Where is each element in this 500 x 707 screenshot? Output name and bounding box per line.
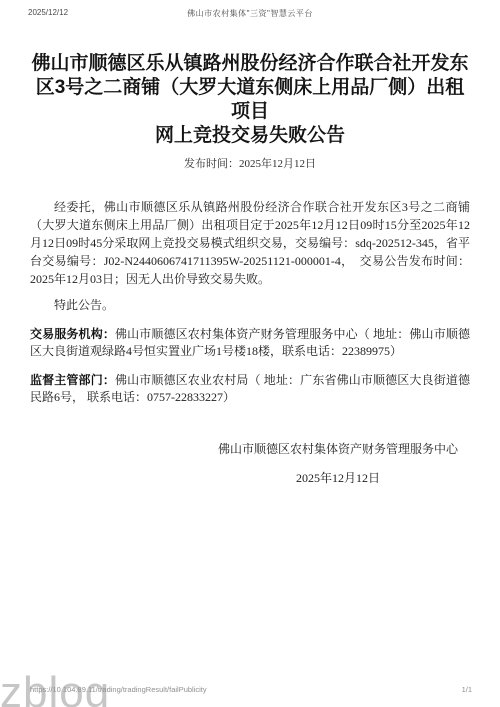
- print-header: 2025/12/12 佛山市农村集体"三资"智慧云平台: [28, 8, 472, 19]
- print-date: 2025/12/12: [28, 8, 139, 17]
- platform-name: 佛山市农村集体"三资"智慧云平台: [139, 8, 361, 19]
- title-project-name: 佛山市顺德区乐从镇路州股份经济合作联合社开发东区3号之二商铺（大罗大道东侧床上用…: [30, 52, 470, 124]
- document-body: 经委托，佛山市顺德区乐从镇路州股份经济合作联合社开发东区3号之二商铺（大罗大道东…: [30, 198, 470, 406]
- footer-page-indicator: 1/1: [462, 685, 472, 694]
- supervisor-paragraph: 监督主管部门：佛山市顺德区农业农村局（ 地址：广东省佛山市顺德区大良街道德民路6…: [30, 372, 470, 406]
- signature-date: 2025年12月12日: [218, 469, 458, 486]
- signature-block: 佛山市顺德区农村集体资产财务管理服务中心 2025年12月12日: [218, 440, 458, 486]
- closing-line: 特此公告。: [30, 296, 470, 314]
- service-org-paragraph: 交易服务机构：佛山市顺德区农村集体资产财务管理服务中心（ 地址：佛山市顺德区大良…: [30, 326, 470, 360]
- footer-url: https://10.104.89.11/trading/tradingResu…: [30, 685, 207, 694]
- publish-time: 发布时间：2025年12月12日: [30, 155, 470, 171]
- signature-organization: 佛山市顺德区农村集体资产财务管理服务中心: [218, 440, 458, 457]
- announcement-document: 佛山市顺德区乐从镇路州股份经济合作联合社开发东区3号之二商铺（大罗大道东侧床上用…: [30, 52, 470, 486]
- main-paragraph: 经委托，佛山市顺德区乐从镇路州股份经济合作联合社开发东区3号之二商铺（大罗大道东…: [30, 198, 470, 288]
- service-org-label: 交易服务机构：: [30, 327, 115, 341]
- document-title: 佛山市顺德区乐从镇路州股份经济合作联合社开发东区3号之二商铺（大罗大道东侧床上用…: [30, 52, 470, 148]
- title-announcement-type: 网上竞投交易失败公告: [30, 124, 470, 148]
- supervisor-label: 监督主管部门：: [30, 373, 115, 387]
